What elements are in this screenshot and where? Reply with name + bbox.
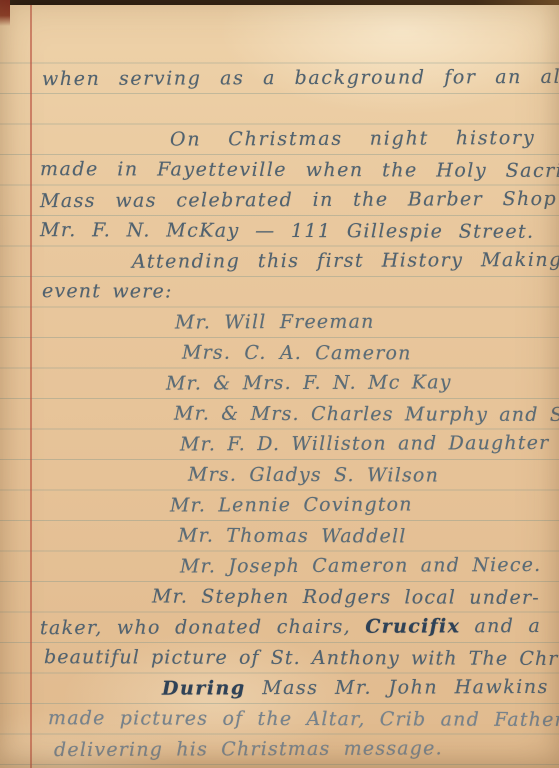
handwritten-line: During Mass Mr. John Hawkins bbox=[40, 672, 553, 705]
handwritten-line: Mr. & Mrs. F. N. Mc Kay bbox=[40, 367, 553, 400]
top-left-corner-mark bbox=[0, 0, 10, 26]
handwriting-text: Mr. Thomas Waddell bbox=[178, 524, 407, 547]
handwritten-line: Mr. Joseph Cameron and Niece. bbox=[40, 550, 553, 583]
handwritten-line: Mrs. C. A. Cameron bbox=[40, 337, 553, 369]
handwritten-line: Attending this first History Making bbox=[40, 245, 553, 278]
page-top-edge-shadow bbox=[0, 0, 559, 5]
handwritten-line: Mr. Lennie Covington bbox=[40, 489, 553, 522]
handwriting-text: beautiful picture of St. Anthony with Th… bbox=[44, 646, 559, 670]
emphasized-word: Crucifix bbox=[365, 615, 460, 637]
handwritten-line: Mrs. Gladys S. Wilson bbox=[40, 459, 553, 491]
handwriting-text: taker, who donated chairs, bbox=[40, 616, 365, 639]
handwriting-text: Mr. Stephen Rodgers local under- bbox=[152, 585, 540, 608]
handwriting-text: Mass Mr. John Hawkins bbox=[246, 676, 549, 699]
handwriting-text: made in Fayetteville when the Holy Sacri… bbox=[40, 158, 559, 182]
handwriting-text: Mr. Will Freeman bbox=[175, 311, 375, 334]
handwriting-text: Attending this first History Making bbox=[132, 249, 559, 273]
handwriting-lines: when serving as a background for an alta… bbox=[40, 63, 553, 768]
emphasized-word: During bbox=[162, 677, 246, 699]
handwritten-line: taker, who donated chairs, Crucifix and … bbox=[40, 611, 553, 644]
handwriting-text: On Christmas night history was bbox=[170, 127, 559, 151]
handwriting-text: Mr. F. N. McKay — 111 Gillespie Street. bbox=[40, 219, 535, 243]
handwriting-text: Mr. Joseph Cameron and Niece. bbox=[180, 554, 541, 578]
handwriting-text: when serving as a background for an alta… bbox=[42, 66, 559, 90]
handwriting-text: Mr. & Mrs. F. N. Mc Kay bbox=[166, 371, 452, 394]
handwritten-line: delivering his Christmas message. bbox=[40, 733, 553, 766]
handwriting-text: delivering his Christmas message. bbox=[54, 737, 443, 761]
handwriting-text: Mrs. Gladys S. Wilson bbox=[188, 463, 439, 486]
handwritten-line: Mr. F. D. Williston and Daughter bbox=[40, 428, 553, 461]
handwriting-text: Mrs. C. A. Cameron bbox=[182, 341, 412, 364]
handwritten-line: On Christmas night history was bbox=[40, 123, 553, 156]
handwritten-line: made in Fayetteville when the Holy Sacri… bbox=[40, 154, 553, 186]
notebook-page: when serving as a background for an alta… bbox=[0, 0, 559, 768]
handwritten-line: event were: bbox=[40, 276, 553, 308]
handwriting-text: Mass was celebrated in the Barber Shop o… bbox=[40, 188, 559, 212]
handwritten-line: Mr. & Mrs. Charles Murphy and Sons bbox=[40, 398, 553, 430]
handwritten-line: beautiful picture of St. Anthony with Th… bbox=[40, 642, 553, 674]
handwritten-line: Mr. Thomas Waddell bbox=[40, 520, 553, 552]
handwritten-line: Mr. F. N. McKay — 111 Gillespie Street. bbox=[40, 215, 553, 247]
handwritten-line: Mr. Will Freeman bbox=[40, 306, 553, 339]
handwriting-text: and a bbox=[460, 615, 541, 637]
handwritten-line bbox=[40, 93, 553, 125]
handwritten-line: made pictures of the Altar, Crib and Fat… bbox=[40, 703, 553, 735]
handwriting-text: Mr. F. D. Williston and Daughter bbox=[180, 432, 549, 456]
handwriting-text: Mr. & Mrs. Charles Murphy and Sons bbox=[174, 402, 559, 425]
handwriting-text: made pictures of the Altar, Crib and Fat… bbox=[48, 707, 559, 731]
handwritten-line: Mr. Stephen Rodgers local under- bbox=[40, 581, 553, 613]
handwritten-line: Mass was celebrated in the Barber Shop o… bbox=[40, 184, 553, 217]
handwritten-line: when serving as a background for an alta… bbox=[40, 62, 553, 95]
handwriting-text: Mr. Lennie Covington bbox=[170, 493, 413, 516]
red-margin-line bbox=[30, 0, 32, 768]
handwriting-text: event were: bbox=[42, 280, 173, 302]
